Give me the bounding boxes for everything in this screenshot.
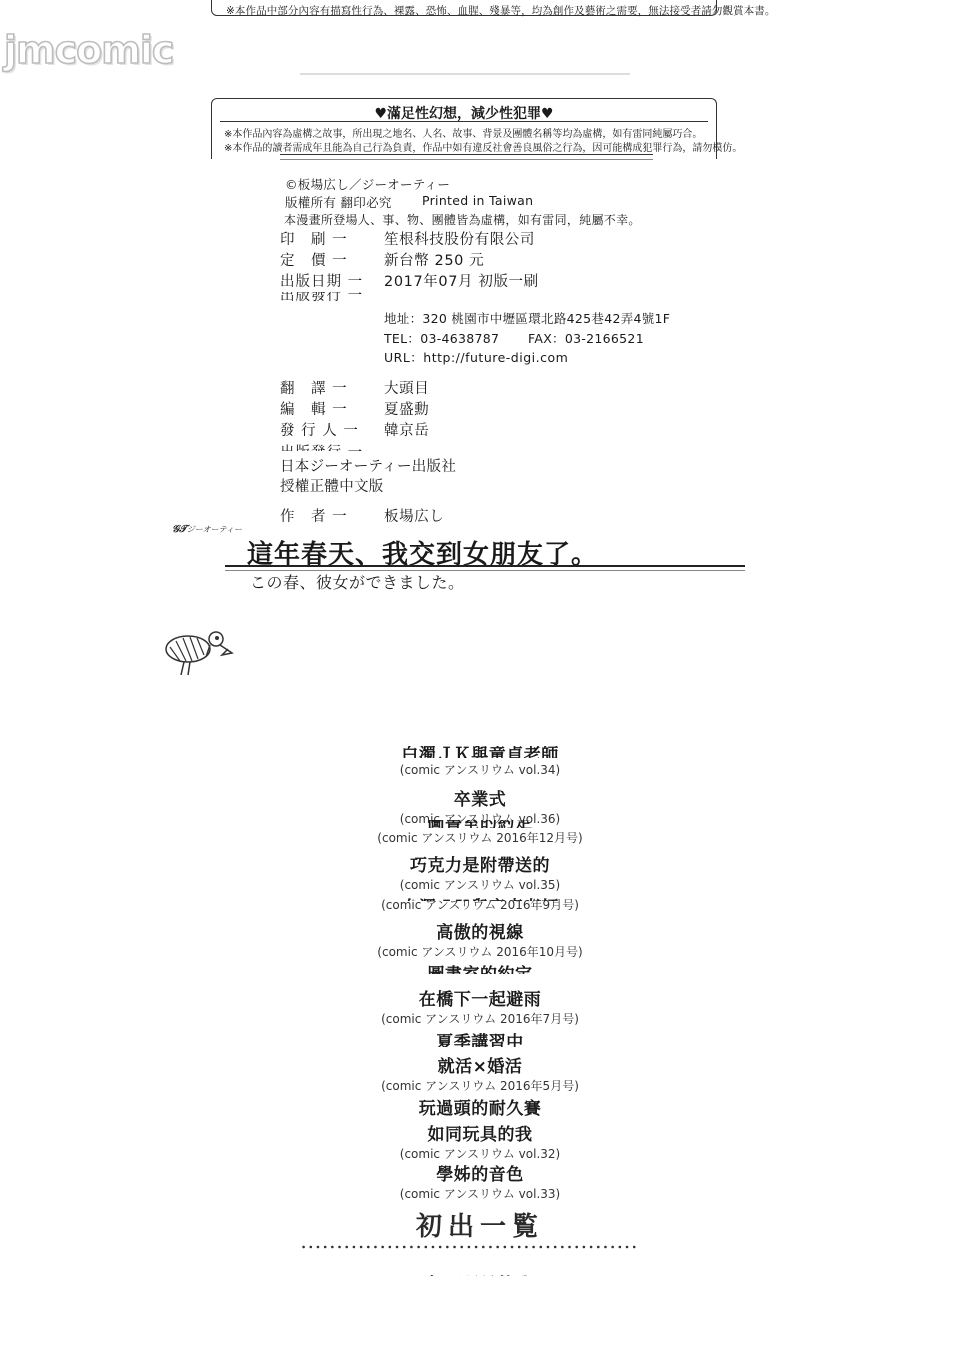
printer-row: 印 刷 一 笙根科技股份有限公司 xyxy=(280,228,384,249)
work-item-clipped: 夏季講習中 xyxy=(0,1028,960,1047)
work-item: 如同玩具的我 (comic アンスリウム vol.32) xyxy=(0,1120,960,1162)
issuer-row: 發 行 人 一 韓京岳 xyxy=(280,419,384,440)
tel-line: TEL：03-4638787 xyxy=(384,329,499,347)
address-line: 地址：320 桃園市中壢區環北路425巷42弄4號1F xyxy=(384,309,670,327)
work-item-clipped: 圖書室的約定 xyxy=(0,820,960,828)
notice-heading: ♥滿足性幻想，減少性犯罪♥ xyxy=(212,103,716,123)
work-source: (comic アンスリウム vol.34) xyxy=(0,761,960,778)
work-item-clipped: 如同玩具的我 xyxy=(0,1270,960,1276)
url-line: URL：http://future-digi.com xyxy=(384,348,568,366)
work-item: 就活×婚活 (comic アンスリウム 2016年5月号) xyxy=(0,1052,960,1094)
rights-line: 版權所有 翻印必究 xyxy=(285,193,392,211)
work-item: 白濁ＪＫ與童貞老師 xyxy=(0,746,960,758)
notice-line-1: ※本作品內容為虛構之故事，所出現之地名、人名、故事、背景及團體名稱等均為虛構，如… xyxy=(224,125,702,140)
author-row: 作 者 一 板場広し xyxy=(280,505,384,526)
first-appearances-heading: 初出一覧 xyxy=(0,1206,960,1243)
jmcomic-watermark-logo: jmcomic xyxy=(4,28,173,72)
translator-row: 翻 譯 一 大頭目 xyxy=(280,377,384,398)
faint-ghost-line xyxy=(300,73,630,75)
notice-line-2: ※本作品的讀者需成年且能為自己行為負責，作品中如有違反社會善良風俗之行為，因可能… xyxy=(224,139,742,154)
publisher-row-clipped: 出版發行 一 未來數位有限公司 xyxy=(280,292,384,302)
publish-date-row: 出版日期 一 2017年07月 初版一刷 xyxy=(280,270,384,291)
work-item: 學姊的音色 (comic アンスリウム vol.33) xyxy=(0,1160,960,1202)
section-divider xyxy=(280,154,653,160)
editor-row: 編 輯 一 夏盛勳 xyxy=(280,398,384,419)
fantasy-notice-box: ♥滿足性幻想，減少性犯罪♥ ※本作品內容為虛構之故事，所出現之地名、人名、故事、… xyxy=(211,98,717,159)
publisher-row-2-clipped: 出版發行 一 未來數位有限公司 xyxy=(280,441,384,451)
disclaimer-line: 本漫畫所登場人、事、物、團體皆為虛構，如有雷同，純屬不幸。 xyxy=(284,211,641,228)
work-item: 在橋下一起避雨 (comic アンスリウム 2016年7月号) xyxy=(0,985,960,1027)
logo-text: jmcomic xyxy=(4,28,173,72)
book-title-ja: この春、彼女ができました。 xyxy=(250,570,465,593)
content-warning-text: ※本作品中部分內容有描寫性行為、裸露、恐怖、血腥、殘暴等，均為創作及藝術之需要，… xyxy=(226,3,776,18)
fax-line: FAX：03-2166521 xyxy=(528,329,644,347)
bird-illustration-icon xyxy=(160,625,235,681)
work-source: (comic アンスリウム 2016年9月号) xyxy=(0,896,960,913)
dotted-divider xyxy=(300,1245,640,1249)
copyright-line: ©板場広し／ジーオーティー xyxy=(285,175,450,193)
license-line: 授權正體中文版 xyxy=(280,475,384,496)
content-warning-box: ※本作品中部分內容有描寫性行為、裸露、恐怖、血腥、殘暴等，均為創作及藝術之需要，… xyxy=(211,0,717,16)
work-item: 巧克力是附帶送的 (comic アンスリウム vol.35) xyxy=(0,851,960,893)
price-row: 定 價 一 新台幣 250 元 xyxy=(280,249,384,270)
licensor-line: 日本ジーオーティー出版社 xyxy=(280,455,456,476)
printed-in-line: Printed in Taiwan xyxy=(422,193,533,208)
work-item-clipped: 圖書室的約定 xyxy=(0,960,960,974)
publisher-logo: 𝒢𝒯ジーオーティー xyxy=(172,524,242,535)
work-source: (comic アンスリウム 2016年12月号) xyxy=(0,829,960,846)
notice-divider xyxy=(220,121,708,122)
work-item: 高傲的視線 (comic アンスリウム 2016年10月号) xyxy=(0,918,960,960)
